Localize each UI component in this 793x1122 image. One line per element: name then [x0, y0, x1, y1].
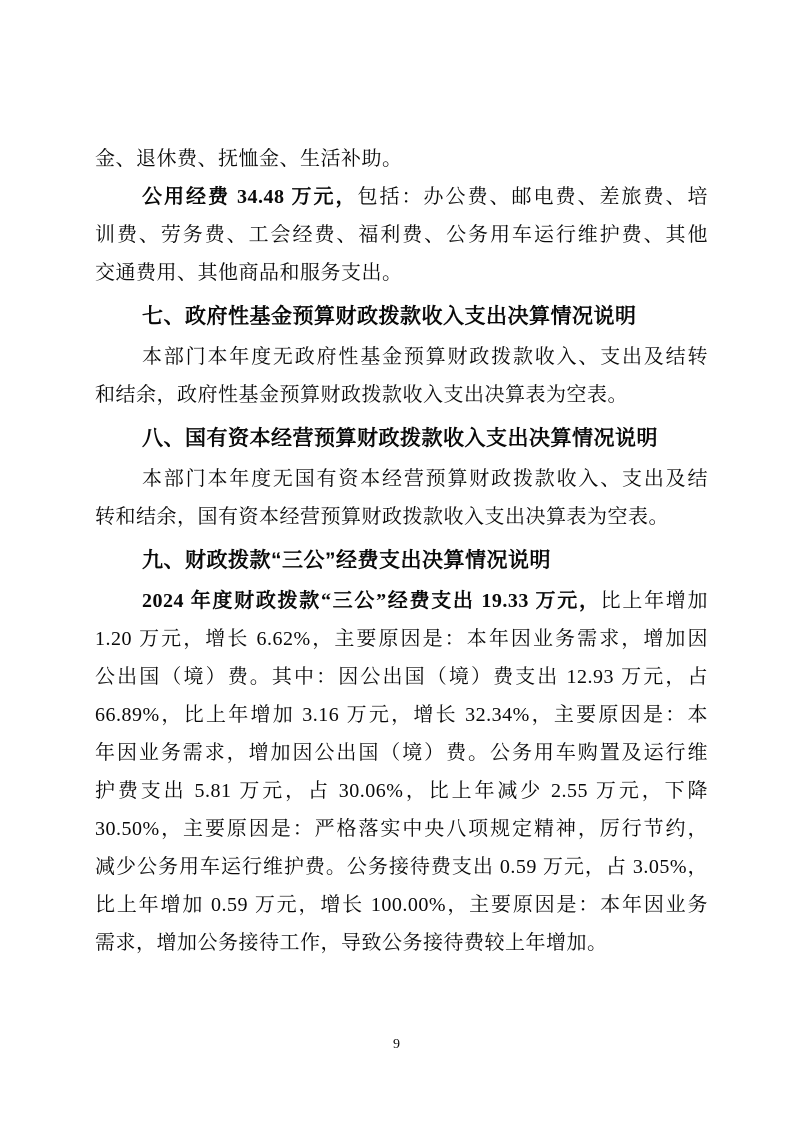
text-run: 需求，增加公务接待工作，导致公务接待费较上年增加。 — [95, 932, 608, 954]
text-line: 交通费用、其他商品和服务支出。 — [95, 254, 708, 292]
text-run: 1.20 万元，增长 6.62%，主要原因是：本年因业务需求，增加因 — [95, 628, 708, 650]
text-run: 本部门本年度无国有资本经营预算财政拨款收入、支出及结 — [142, 468, 708, 490]
bold-text-run: 2024 年度财政拨款“三公”经费支出 19.33 万元， — [142, 590, 601, 612]
text-run: 交通费用、其他商品和服务支出。 — [95, 262, 403, 284]
bold-text-run: 公用经费 34.48 万元， — [142, 186, 358, 208]
document-page: 金、退休费、抚恤金、生活补助。公用经费 34.48 万元，包括：办公费、邮电费、… — [0, 0, 793, 1122]
text-line: 2024 年度财政拨款“三公”经费支出 19.33 万元，比上年增加 — [95, 582, 708, 620]
text-run: 比上年增加 0.59 万元，增长 100.00%，主要原因是：本年因业务 — [95, 894, 708, 916]
bold-text-run: 九、财政拨款“三公”经费支出决算情况说明 — [142, 549, 551, 572]
text-line: 和结余，政府性基金预算财政拨款收入支出决算表为空表。 — [95, 376, 708, 414]
page-number: 9 — [0, 1036, 793, 1054]
bold-text-run: 八、国有资本经营预算财政拨款收入支出决算情况说明 — [142, 427, 658, 450]
text-line: 护费支出 5.81 万元，占 30.06%，比上年减少 2.55 万元，下降 — [95, 772, 708, 810]
document-body: 金、退休费、抚恤金、生活补助。公用经费 34.48 万元，包括：办公费、邮电费、… — [95, 140, 708, 962]
text-line: 比上年增加 0.59 万元，增长 100.00%，主要原因是：本年因业务 — [95, 886, 708, 924]
text-line: 金、退休费、抚恤金、生活补助。 — [95, 140, 708, 178]
text-line: 公出国（境）费。其中：因公出国（境）费支出 12.93 万元，占 — [95, 658, 708, 696]
text-line: 本部门本年度无国有资本经营预算财政拨款收入、支出及结 — [95, 460, 708, 498]
text-line: 66.89%，比上年增加 3.16 万元，增长 32.34%，主要原因是：本 — [95, 696, 708, 734]
text-run: 训费、劳务费、工会经费、福利费、公务用车运行维护费、其他 — [95, 224, 708, 246]
text-run: 转和结余，国有资本经营预算财政拨款收入支出决算表为空表。 — [95, 506, 669, 528]
text-line: 30.50%，主要原因是：严格落实中央八项规定精神，厉行节约， — [95, 810, 708, 848]
text-run: 公出国（境）费。其中：因公出国（境）费支出 12.93 万元，占 — [95, 666, 708, 688]
text-line: 减少公务用车运行维护费。公务接待费支出 0.59 万元，占 3.05%， — [95, 848, 708, 886]
section-heading: 七、政府性基金预算财政拨款收入支出决算情况说明 — [95, 298, 708, 336]
text-line: 1.20 万元，增长 6.62%，主要原因是：本年因业务需求，增加因 — [95, 620, 708, 658]
text-run: 年因业务需求，增加因公出国（境）费。公务用车购置及运行维 — [95, 742, 708, 764]
text-run: 比上年增加 — [601, 590, 708, 612]
section-heading: 九、财政拨款“三公”经费支出决算情况说明 — [95, 542, 708, 580]
text-run: 金、退休费、抚恤金、生活补助。 — [95, 148, 403, 170]
text-run: 减少公务用车运行维护费。公务接待费支出 0.59 万元，占 3.05%， — [95, 856, 708, 878]
text-line: 需求，增加公务接待工作，导致公务接待费较上年增加。 — [95, 924, 708, 962]
text-line: 训费、劳务费、工会经费、福利费、公务用车运行维护费、其他 — [95, 216, 708, 254]
text-run: 和结余，政府性基金预算财政拨款收入支出决算表为空表。 — [95, 384, 628, 406]
text-run: 护费支出 5.81 万元，占 30.06%，比上年减少 2.55 万元，下降 — [95, 780, 708, 802]
section-heading: 八、国有资本经营预算财政拨款收入支出决算情况说明 — [95, 420, 708, 458]
text-run: 30.50%，主要原因是：严格落实中央八项规定精神，厉行节约， — [95, 818, 708, 840]
text-line: 转和结余，国有资本经营预算财政拨款收入支出决算表为空表。 — [95, 498, 708, 536]
text-line: 公用经费 34.48 万元，包括：办公费、邮电费、差旅费、培 — [95, 178, 708, 216]
text-line: 本部门本年度无政府性基金预算财政拨款收入、支出及结转 — [95, 338, 708, 376]
text-run: 包括：办公费、邮电费、差旅费、培 — [358, 186, 709, 208]
text-run: 本部门本年度无政府性基金预算财政拨款收入、支出及结转 — [142, 346, 708, 368]
bold-text-run: 七、政府性基金预算财政拨款收入支出决算情况说明 — [142, 305, 637, 328]
text-line: 年因业务需求，增加因公出国（境）费。公务用车购置及运行维 — [95, 734, 708, 772]
text-run: 66.89%，比上年增加 3.16 万元，增长 32.34%，主要原因是：本 — [95, 704, 708, 726]
